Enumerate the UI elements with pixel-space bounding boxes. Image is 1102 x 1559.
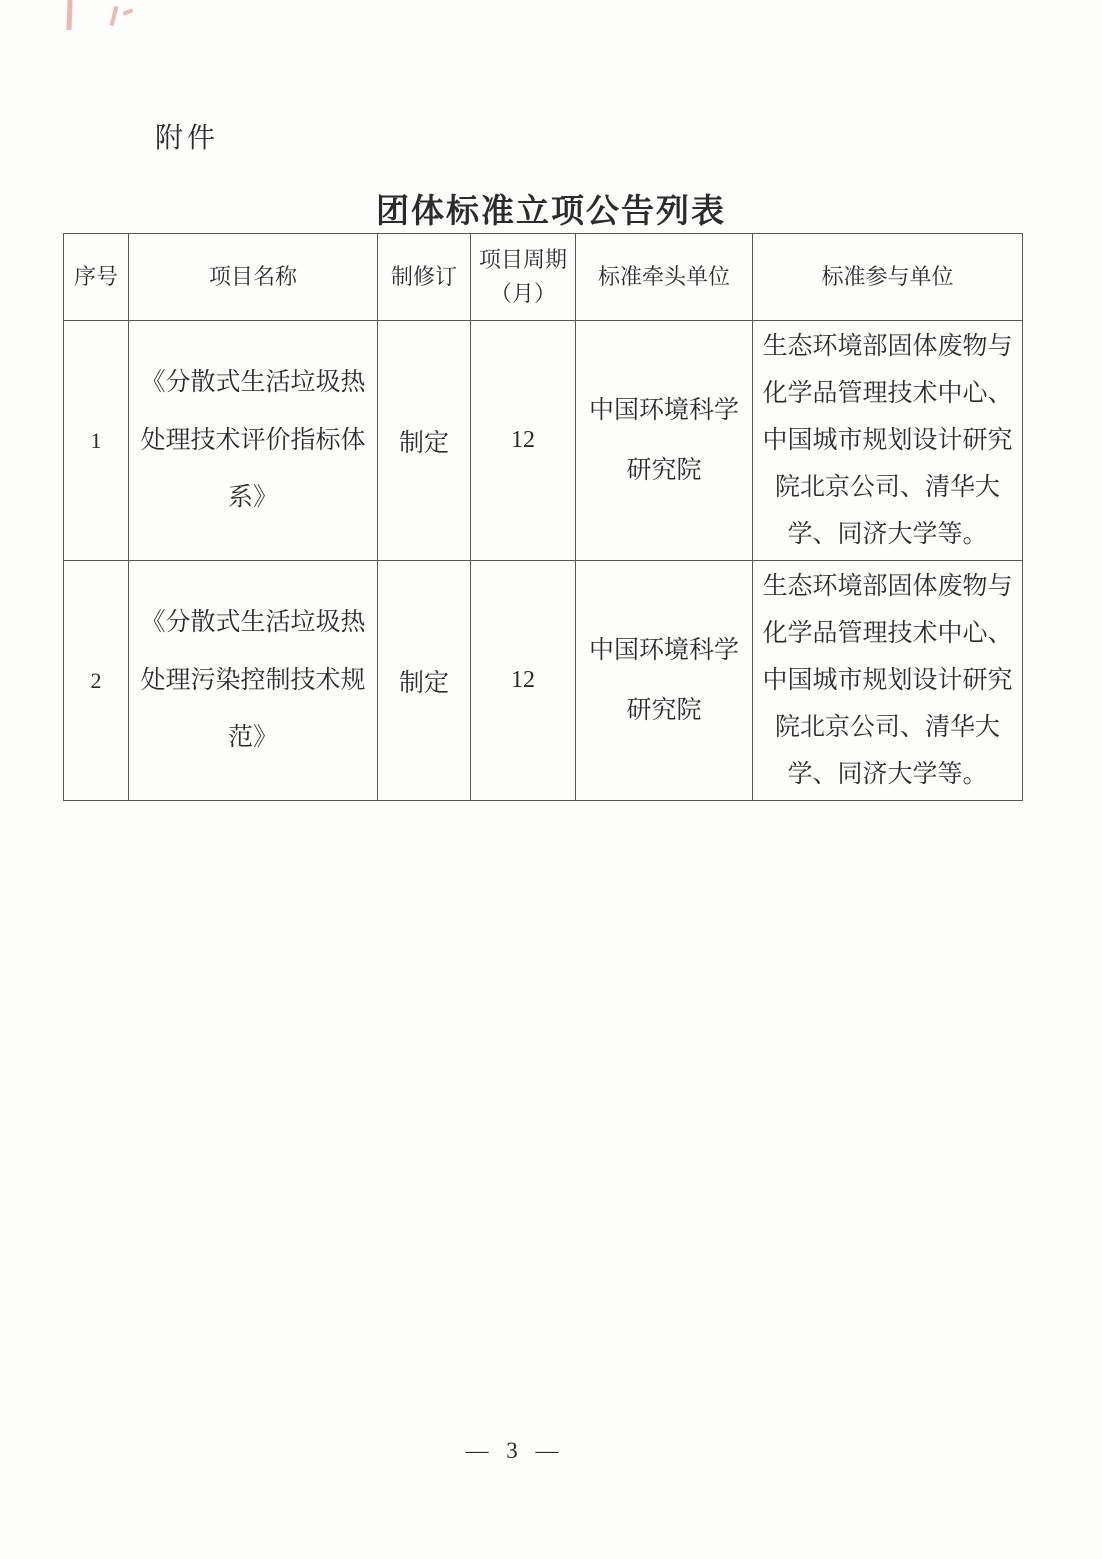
table-header-row: 序号 项目名称 制修订 项目周期 （月） 标准牵头单位 标准参与单位 [64,234,1023,321]
cell-revision-type: 制定 [378,561,471,801]
red-scan-artifact [110,6,119,26]
column-header-participants: 标准参与单位 [753,234,1023,321]
cell-project-name: 《分散式生活垃圾热 处理污染控制技术规 范》 [129,561,378,801]
column-header-lead-unit: 标准牵头单位 [576,234,753,321]
table-row: 2 《分散式生活垃圾热 处理污染控制技术规 范》 制定 12 中国环境科学 研究… [64,561,1023,801]
document-title: 团体标准立项公告列表 [0,185,1102,232]
attachment-label: 附件 [155,116,219,156]
cell-period-months: 12 [471,321,576,561]
cell-participants: 生态环境部固体废物与 化学品管理技术中心、 中国城市规划设计研究 院北京公司、清… [753,561,1023,801]
red-scan-artifact [123,8,134,15]
cell-serial: 2 [64,561,129,801]
table-row: 1 《分散式生活垃圾热 处理技术评价指标体 系》 制定 12 中国环境科学 研究… [64,321,1023,561]
cell-lead-unit: 中国环境科学 研究院 [576,321,753,561]
column-header-serial: 序号 [64,234,129,321]
cell-revision-type: 制定 [378,321,471,561]
page-number: — 3 — [0,1438,1030,1464]
cell-lead-unit: 中国环境科学 研究院 [576,561,753,801]
column-header-revision: 制修订 [378,234,471,321]
cell-period-months: 12 [471,561,576,801]
cell-participants: 生态环境部固体废物与 化学品管理技术中心、 中国城市规划设计研究 院北京公司、清… [753,321,1023,561]
column-header-period: 项目周期 （月） [471,234,576,321]
standards-announcement-table: 序号 项目名称 制修订 项目周期 （月） 标准牵头单位 标准参与单位 1 《分散… [63,233,1023,801]
cell-project-name: 《分散式生活垃圾热 处理技术评价指标体 系》 [129,321,378,561]
cell-serial: 1 [64,321,129,561]
column-header-project-name: 项目名称 [129,234,378,321]
red-scan-artifact [66,0,72,30]
